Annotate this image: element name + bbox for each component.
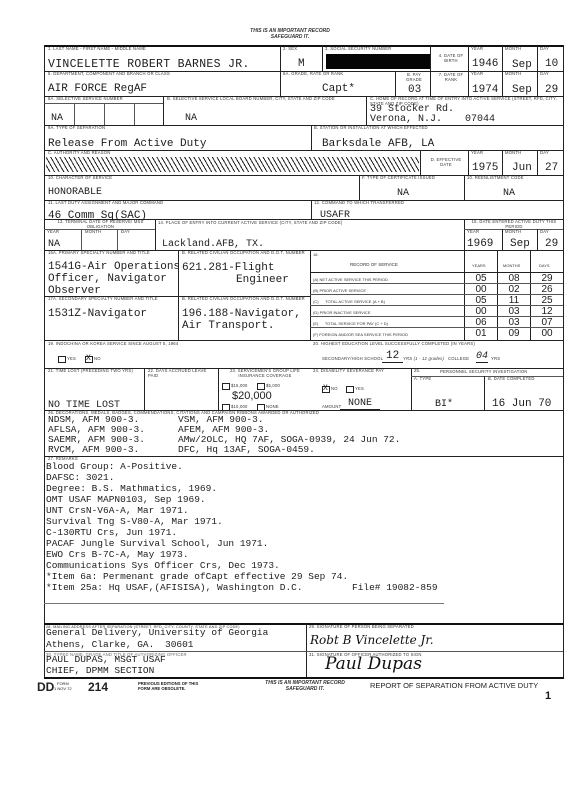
- remark-line: Blood Group: A-Positive.: [46, 461, 183, 472]
- sex-label: 2. SEX: [283, 47, 297, 52]
- high-school-label: SECONDARY/HIGH SCHOOL: [322, 357, 383, 362]
- mailing-zip: 30601: [165, 639, 194, 650]
- reenlistment-value: NA: [503, 188, 515, 199]
- station-label: b. STATION OR INSTALLATION AT WHICH EFFE…: [314, 126, 428, 131]
- home-line2: Verona, N.J.: [370, 114, 442, 125]
- time-lost-label: 21. TIME LOST (Preceding Two Yrs): [48, 369, 133, 374]
- indochina-no-label: NO: [94, 357, 101, 362]
- dob-day: 10: [545, 58, 558, 70]
- dob-day-label: DAY: [540, 47, 549, 52]
- sgli-15000-checkbox[interactable]: [222, 383, 230, 390]
- disability-yes-label: YES: [355, 387, 364, 392]
- record-row-label: (d) PRIOR INACTIVE SERVICE: [313, 310, 371, 315]
- sgli-10000-label: $10,000: [231, 405, 248, 410]
- header-notice-line2: SAFEGUARD IT.: [230, 35, 350, 41]
- paygrade-value: 03: [408, 84, 421, 96]
- previous-editions-line2: FORM ARE OBSOLETE.: [138, 686, 186, 691]
- primary-specialty-label: 16a. PRIMARY SPECIALTY NUMBER AND TITLE: [48, 251, 168, 256]
- terminal-year-label: YEAR: [47, 230, 59, 235]
- entered-day: 29: [545, 238, 558, 250]
- local-board-label: b. SELECTIVE SERVICE LOCAL BOARD NUMBER,…: [167, 97, 357, 102]
- last-duty-label: 11. LAST DUTY ASSIGNMENT AND MAJOR COMMA…: [48, 201, 163, 206]
- record-row-label: (f) FOREIGN AND/OR SEA SERVICE THIS PERI…: [313, 332, 408, 337]
- footer-notice: THIS IS AN IMPORTANT RECORD SAFEGUARD IT…: [255, 681, 355, 693]
- entered-year: 1969: [467, 238, 493, 250]
- authority-label: c. AUTHORITY AND REASON: [48, 151, 110, 156]
- record-row-label: (c) TOTAL ACTIVE SERVICE (a + b): [313, 299, 385, 304]
- selective-service-label: 8a. SELECTIVE SERVICE NUMBER: [48, 97, 123, 102]
- record-years: 01: [466, 328, 496, 339]
- reenlistment-label: 10. REENLISTMENT CODE: [467, 176, 524, 181]
- college-value: 04: [476, 351, 488, 363]
- dob-year-label: YEAR: [471, 47, 483, 52]
- entered-month-label: MONTH: [505, 230, 521, 235]
- psi-type-value: BI*: [435, 399, 453, 410]
- remark-line: UNT CrsN-V6A-A, Mar 1971.: [46, 505, 189, 516]
- remark-line: OMT USAF MAPN0103, Sep 1969.: [46, 494, 206, 505]
- grade-label: 6a. GRADE, RATE OR RANK: [283, 72, 343, 77]
- ssn-redacted: [326, 54, 430, 69]
- remark-line: EWO Crs B-7C-A, May 1973.: [46, 549, 189, 560]
- dob-month-label: MONTH: [505, 47, 521, 52]
- signature-label: 29. SIGNATURE OF PERSON BEING SEPARATED: [309, 625, 414, 630]
- remark-file-number: File# 19082-859: [352, 582, 438, 593]
- indochina-yes-label: YES: [67, 357, 76, 362]
- name-value: VINCELETTE ROBERT BARNES JR.: [48, 58, 250, 71]
- indochina-yes-checkbox[interactable]: [58, 356, 66, 363]
- sgli-none-label: NONE: [266, 405, 279, 410]
- decoration-left-4: RVCM, AFM 900-3.: [48, 444, 139, 455]
- record-row-label: (b) PRIOR ACTIVE SERVICE: [313, 288, 366, 293]
- page-number: 1: [545, 690, 551, 702]
- dor-month-label: MONTH: [505, 72, 521, 77]
- local-board-value: NA: [185, 113, 197, 124]
- character-value: HONORABLE: [48, 187, 102, 198]
- remark-line: C-130RTU Crs, Jun 1971.: [46, 527, 177, 538]
- terminal-year-value: NA: [48, 239, 60, 250]
- sgli-value: $20,000: [232, 390, 272, 402]
- paygrade-label: b. PAY GRADE: [400, 73, 428, 82]
- dob-month: Sep: [512, 59, 532, 71]
- primary-civilian-line2: Engineer: [236, 274, 289, 286]
- place-of-entry-label: 14. PLACE OF ENTRY INTO CURRENT ACTIVE S…: [158, 221, 342, 226]
- indochina-no-checkbox[interactable]: [85, 356, 93, 363]
- dept-value: AIR FORCE RegAF: [48, 83, 147, 95]
- remark-line: PACAF Jungle Survival School, Jun 1971.: [46, 538, 268, 549]
- grade-value: Capt*: [322, 83, 355, 95]
- officer-line2: CHIEF, DPMM SECTION: [46, 665, 154, 676]
- dept-label: 5. DEPARTMENT, COMPONENT AND BRANCH OR C…: [48, 72, 170, 77]
- psi-date-label: b. DATE COMPLETED: [488, 377, 535, 382]
- place-of-entry-value: Lackland.AFB, TX.: [162, 239, 264, 250]
- secondary-specialty-value: 1531Z-Navigator: [48, 308, 147, 320]
- certificate-value: NA: [397, 188, 409, 199]
- home-zip: 07044: [465, 114, 495, 125]
- secondary-civilian-line2: Air Transport.: [182, 320, 274, 332]
- amount-value: NONE: [340, 398, 380, 410]
- primary-specialty-line1: 1541G-Air Operations: [48, 261, 180, 273]
- secondary-specialty-label: 17a. SECONDARY SPECIALTY NUMBER AND TITL…: [48, 297, 168, 302]
- amount-label: AMOUNT: [322, 405, 341, 410]
- date-entered-label: 15. DATE ENTERED ACTIVE DUTY THIS PERIOD: [467, 220, 561, 229]
- member-signature: Robt B Vincelette Jr.: [310, 633, 434, 647]
- col-days: DAYS: [539, 263, 550, 268]
- officer-signature: Paul Dupas: [325, 654, 422, 674]
- col-years: YEARS: [472, 263, 486, 268]
- leave-label: 22. DAYS ACCRUED LEAVE PAID: [148, 369, 213, 378]
- primary-civilian-label: b. RELATED CIVILIAN OCCUPATION AND D.O.T…: [182, 251, 307, 256]
- terminal-month-label: MONTH: [85, 230, 101, 235]
- eff-month-label: MONTH: [505, 151, 521, 156]
- eff-year: 1975: [472, 162, 498, 174]
- secondary-civilian-line1: 196.188-Navigator,: [182, 308, 301, 320]
- remark-line: DAFSC: 3021.: [46, 472, 114, 483]
- remark-line: *Item 25a: Hq USAF,(AFISISA), Washington…: [46, 582, 303, 593]
- eff-year-label: YEAR: [471, 151, 483, 156]
- selective-service-value: NA: [51, 113, 63, 124]
- sex-value: M: [298, 58, 305, 70]
- psi-type-label: a. TYPE: [414, 377, 431, 382]
- secondary-civilian-label: b. RELATED CIVILIAN OCCUPATION AND D.O.T…: [182, 297, 307, 302]
- record-row-label: (e) TOTAL SERVICE FOR PAY (c + d): [313, 321, 388, 326]
- psi-label: PERSONNEL SECURITY INVESTIGATION: [440, 370, 528, 375]
- disability-yes-checkbox[interactable]: [346, 386, 354, 393]
- decoration-right-4: DFC, Hq 13AF, SOGA-0459.: [178, 444, 315, 455]
- disability-label: 24. DISABILITY SEVERANCE PAY: [313, 369, 384, 374]
- sgli-5000-label: $5,000: [266, 384, 280, 389]
- form-dd: DD: [37, 680, 54, 694]
- remark-line: Degree: B.S. Mathmatics, 1969.: [46, 483, 217, 494]
- sgli-label: 23. SERVICEMEN'S GROUP LIFE INSURANCE CO…: [221, 369, 309, 378]
- record-title: RECORD OF SERVICE: [350, 262, 398, 267]
- eff-day-label: DAY: [540, 151, 549, 156]
- dob-year: 1946: [472, 58, 498, 70]
- terminal-day-label: DAY: [121, 230, 130, 235]
- separation-type-value: Release From Active Duty: [48, 138, 206, 150]
- dor-label: 7. DATE OF RANK: [436, 73, 466, 82]
- station-value: Barksdale AFB, LA: [322, 138, 434, 150]
- disability-no-label: NO: [331, 387, 338, 392]
- psi-date-value: 16 Jun 70: [492, 398, 551, 410]
- form-title: REPORT OF SEPARATION FROM ACTIVE DUTY: [370, 681, 538, 690]
- primary-specialty-line2: Officer, Navigator: [48, 273, 167, 285]
- entered-year-label: YEAR: [467, 230, 479, 235]
- officer-line1: PAUL DUPAS, MSGT USAF: [46, 654, 166, 665]
- record-row-label: (a) NET ACTIVE SERVICE THIS PERIOD: [313, 277, 388, 282]
- college-label: COLLEGE: [448, 357, 469, 362]
- indochina-label: 19. INDOCHINA OR KOREA SERVICE SINCE AUG…: [48, 342, 178, 347]
- dor-year-label: YEAR: [471, 72, 483, 77]
- sgli-5000-checkbox[interactable]: [257, 383, 265, 390]
- education-label: 20. HIGHEST EDUCATION LEVEL SUCCESSFULLY…: [313, 342, 475, 347]
- ssn-label: 3. SOCIAL SECURITY NUMBER: [325, 47, 391, 52]
- eff-month: Jun: [512, 162, 532, 174]
- character-label: 10. CHARACTER OF SERVICE: [48, 176, 112, 181]
- dor-year: 1974: [472, 84, 498, 96]
- record-days: 00: [532, 328, 562, 339]
- header-notice: THIS IS AN IMPORTANT RECORD SAFEGUARD IT…: [230, 29, 350, 41]
- record-months: 09: [499, 328, 529, 339]
- authority-hatched-area: [46, 157, 419, 172]
- certificate-label: f. TYPE OF CERTIFICATE ISSUED: [362, 176, 435, 181]
- entered-day-label: DAY: [540, 230, 549, 235]
- name-label: 1. LAST NAME - FIRST NAME - MIDDLE NAME: [48, 47, 146, 52]
- college-suffix: YRS: [491, 357, 500, 362]
- dor-month: Sep: [512, 84, 532, 96]
- mailing-line2: Athens, Clarke, GA.: [46, 639, 154, 650]
- remark-line: Survival Tng S-V80-A, Mar 1971.: [46, 516, 223, 527]
- separation-type-label: 9a. TYPE OF SEPARATION: [48, 126, 105, 131]
- form-date: 1 NOV 72: [54, 686, 72, 691]
- high-school-suffix: YRS (1 - 12 grades): [403, 357, 444, 362]
- terminal-date-label: 13. TERMINAL DATE OF RESERVE/ MSS OBLIGA…: [48, 220, 153, 229]
- remark-line: Communications Sys Officer Crs, Dec 1973…: [46, 560, 280, 571]
- form-number: 214: [88, 680, 108, 694]
- command-label: 12. COMMAND TO WHICH TRANSFERRED: [314, 201, 404, 206]
- high-school-value: 12: [382, 350, 403, 363]
- dor-day: 29: [545, 84, 558, 96]
- sgli-15000-label: $15,000: [231, 384, 248, 389]
- effective-date-label: d. EFFECTIVE DATE: [428, 158, 464, 167]
- record-num: 18.: [313, 252, 319, 257]
- psi-number: 25.: [414, 369, 420, 374]
- footer-notice-line2: SAFEGUARD IT.: [255, 687, 355, 693]
- dor-day-label: DAY: [540, 72, 549, 77]
- col-months: MONTHS: [503, 263, 520, 268]
- remark-line: *Item 6a: Permenant grade ofCapt effecti…: [46, 571, 348, 582]
- entered-month: Sep: [510, 238, 530, 250]
- disability-no-checkbox[interactable]: [322, 386, 330, 393]
- primary-civilian-line1: 621.281-Flight: [182, 262, 274, 274]
- eff-day: 27: [545, 162, 558, 174]
- dob-label: 4. DATE OF BIRTH: [436, 54, 466, 63]
- mailing-line1: General Delivery, University of Georgia: [46, 627, 268, 638]
